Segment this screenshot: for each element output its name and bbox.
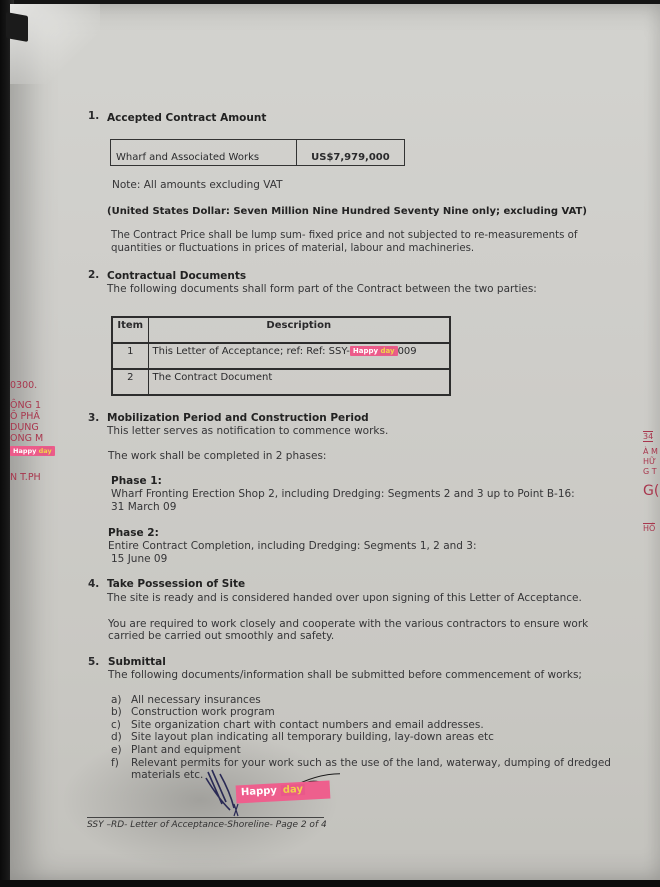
submittal-item-e-label: e) <box>111 744 122 756</box>
stamp-text: 34 <box>643 431 653 442</box>
section-1-title: Accepted Contract Amount <box>107 112 266 124</box>
section-3-title: Mobilization Period and Construction Per… <box>107 412 369 424</box>
sticker-day-text: day <box>39 447 52 455</box>
section-2-number: 2. <box>88 269 99 281</box>
section-5-title: Submittal <box>108 656 166 668</box>
section-3-number: 3. <box>88 412 99 424</box>
submittal-item-b-label: b) <box>111 706 122 718</box>
stamp-text: HỮ <box>643 457 656 466</box>
stamp-text: DỤNG <box>10 422 39 433</box>
footer-divider <box>87 817 324 818</box>
stamp-text: G( <box>643 487 659 496</box>
header-item: Item <box>112 317 148 343</box>
contract-price-text-1: The Contract Price shall be lump sum- fi… <box>111 230 577 241</box>
sticker-text: Happy <box>13 447 36 455</box>
section-3-line-1: This letter serves as notification to co… <box>107 425 388 437</box>
table-row: 1 This Letter of Acceptance; ref: Ref: S… <box>112 343 450 369</box>
submittal-item-f-cont: materials etc. <box>131 769 203 781</box>
page-footer: SSY –RD- Letter of Acceptance-Shoreline-… <box>87 820 327 830</box>
contract-documents-table: Item Description 1 This Letter of Accept… <box>111 316 451 396</box>
contract-price-text-2: quantities or fluctuations in prices of … <box>111 243 474 254</box>
amount-item: Wharf and Associated Works <box>111 140 297 166</box>
submittal-item-a-label: a) <box>111 694 122 706</box>
phase-1-title: Phase 1: <box>111 475 162 487</box>
submittal-item-a: All necessary insurances <box>131 694 261 706</box>
section-3-line-2: The work shall be completed in 2 phases: <box>108 450 326 462</box>
stamp-text: G T <box>643 467 657 476</box>
submittal-item-c-label: c) <box>111 719 121 731</box>
submittal-item-d-label: d) <box>111 731 122 743</box>
section-4-line-1: The site is ready and is considered hand… <box>107 592 582 604</box>
phase-2-title: Phase 2: <box>108 527 159 539</box>
company-stamp-right: 34 À M HỮ G T G( HỒ <box>640 425 660 545</box>
stamp-text: ONG M <box>10 433 43 444</box>
phase-1-description: Wharf Fronting Erection Shop 2, includin… <box>111 488 575 500</box>
stamp-text: À M <box>643 447 658 456</box>
submittal-item-f-label: f) <box>111 757 119 769</box>
sticker-text: Happy <box>241 785 277 798</box>
row-description: The Contract Document <box>148 369 450 395</box>
document-content: 1. Accepted Contract Amount Wharf and As… <box>0 0 660 887</box>
redaction-sticker: Happy day <box>350 346 398 356</box>
description-prefix: This Letter of Acceptance; ref: Ref: SSY… <box>153 346 350 357</box>
stamp-text: HỒ <box>643 523 655 533</box>
stamp-text: 0300. <box>10 380 37 391</box>
description-suffix: 009 <box>398 346 417 357</box>
stamp-text: ÔNG 1 <box>10 400 41 411</box>
phase-2-description: Entire Contract Completion, including Dr… <box>108 540 477 552</box>
row-item: 1 <box>112 343 148 369</box>
section-5-number: 5. <box>88 656 99 668</box>
stamp-text: N T.PH <box>10 472 41 483</box>
section-2-title: Contractual Documents <box>107 270 246 282</box>
phase-1-date: 31 March 09 <box>111 501 176 513</box>
table-row: 2 The Contract Document <box>112 369 450 395</box>
phase-2-date: 15 June 09 <box>111 553 167 565</box>
header-description: Description <box>148 317 450 343</box>
sticker-text: Happy <box>353 347 378 355</box>
amount-in-words: (United States Dollar: Seven Million Nin… <box>107 206 587 217</box>
section-4-line-3: carried be carried out smoothly and safe… <box>108 630 334 642</box>
submittal-item-c: Site organization chart with contact num… <box>131 719 484 731</box>
section-2-intro: The following documents shall form part … <box>107 283 537 295</box>
submittal-item-e: Plant and equipment <box>131 744 241 756</box>
sticker-day-text: day <box>281 784 306 796</box>
sticker-day-text: day <box>380 347 394 355</box>
amount-value: US$7,979,000 <box>296 140 404 166</box>
section-1-number: 1. <box>88 110 99 122</box>
section-4-number: 4. <box>88 578 99 590</box>
row-item: 2 <box>112 369 148 395</box>
contract-amount-table: Wharf and Associated Works US$7,979,000 <box>110 139 405 166</box>
row-description: This Letter of Acceptance; ref: Ref: SSY… <box>148 343 450 369</box>
stamp-text: Ô PHÂ <box>10 411 40 422</box>
section-4-line-2: You are required to work closely and coo… <box>108 618 588 630</box>
company-stamp-left: 0300. ÔNG 1 Ô PHÂ DỤNG ONG M Happy day N… <box>6 378 58 488</box>
section-5-intro: The following documents/information shal… <box>108 669 582 681</box>
submittal-item-d: Site layout plan indicating all temporar… <box>131 731 494 743</box>
submittal-item-b: Construction work program <box>131 706 275 718</box>
stamp-sticker: Happy day <box>10 446 55 457</box>
amount-note: Note: All amounts excluding VAT <box>112 179 283 191</box>
section-4-title: Take Possession of Site <box>107 578 245 590</box>
